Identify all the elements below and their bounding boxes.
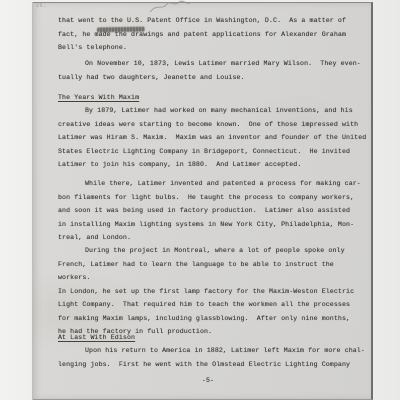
page-number: -5-	[58, 374, 358, 388]
paragraph-montreal-london: During the project in Montreal, where a …	[58, 244, 370, 339]
paragraph-marriage: On November 10, 1873, Lewis Latimer marr…	[58, 57, 370, 84]
paragraph-return-to-america: Upon his return to America in 1882, Lati…	[58, 344, 370, 371]
typewritten-text: that went to the U.S. Patent Office in W…	[0, 0, 400, 400]
paragraph-patent-office: that went to the U.S. Patent Office in W…	[58, 14, 370, 55]
paragraph-inventions-maxim: By 1879, Latimer had worked on many mech…	[58, 104, 370, 172]
scanned-document: 25. that went to the U.S. Patent Office …	[0, 0, 400, 400]
heading-years-with-maxim: The Years With Maxim	[58, 91, 370, 105]
heading-at-last-with-edison: At Last With Edison	[58, 331, 370, 345]
typed-strikeout-correction	[97, 27, 145, 33]
paragraph-filament-process: While there, Latimer invented and patent…	[58, 177, 370, 245]
